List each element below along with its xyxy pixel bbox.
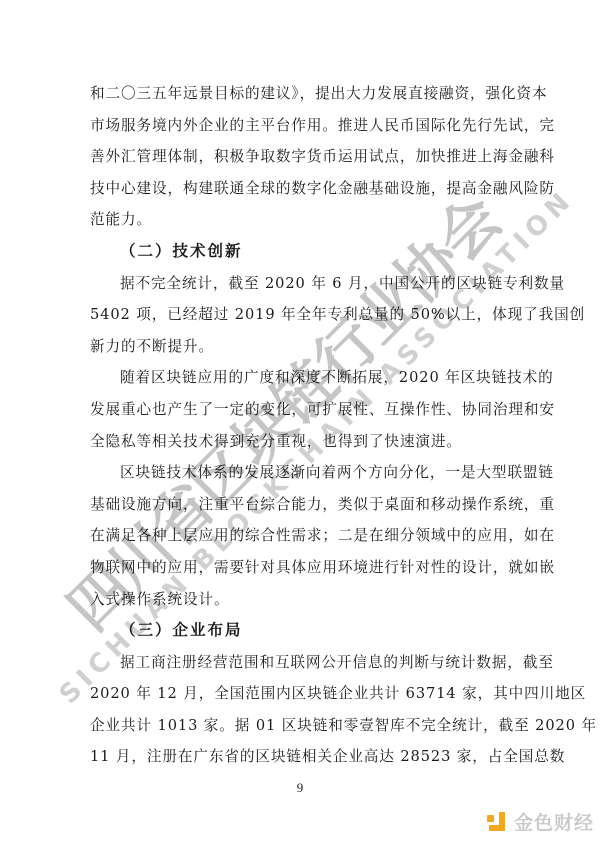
text-line: 据工商注册经营范围和互联网公开信息的判断与统计数据，截至 [90, 647, 508, 679]
text-line: 新力的不断提升。 [90, 331, 508, 363]
text-line: 技中心建设，构建联通全球的数字化金融基础设施，提高金融风险防 [90, 173, 508, 205]
text-line: 和二〇三五年远景目标的建议》，提出大力发展直接融资，强化资本 [90, 78, 508, 110]
text-line: 物联网中的应用，需要针对具体应用环境进行针对性的设计，就如嵌 [90, 552, 508, 584]
section-heading-tech-innovation: （二）技术创新 [90, 236, 508, 268]
text-line: 5402 项，已经超过 2019 年全年专利总量的 50%以上，体现了我国创 [90, 299, 508, 331]
paragraph-tech-focus: 随着区块链应用的广度和深度不断拓展，2020 年区块链技术的 发展重心也产生了一… [90, 362, 508, 457]
text-line: 2020 年 12 月，全国范围内区块链企业共计 63714 家，其中四川地区 [90, 678, 508, 710]
text-line: 企业共计 1013 家。据 01 区块链和零壹智库不完全统计，截至 2020 年 [90, 710, 508, 742]
section-heading-enterprise-layout: （三）企业布局 [90, 615, 508, 647]
text-line: 发展重心也产生了一定的变化，可扩展性、互操作性、协同治理和安 [90, 394, 508, 426]
brand-name: 金色财经 [514, 808, 594, 835]
text-line: 范能力。 [90, 204, 508, 236]
document-body: 和二〇三五年远景目标的建议》，提出大力发展直接融资，强化资本 市场服务境内外企业… [90, 78, 508, 773]
text-line: 在满足各种上层应用的综合性需求；二是在细分领域中的应用，如在 [90, 520, 508, 552]
paragraph-patents: 据不完全统计，截至 2020 年 6 月，中国公开的区块链专利数量 5402 项… [90, 268, 508, 363]
paragraph-enterprise-stats: 据工商注册经营范围和互联网公开信息的判断与统计数据，截至 2020 年 12 月… [90, 647, 508, 773]
document-page: 四川省区块链行业协会 SICHUAN BLOCKCHAIN ASSOCIATIO… [0, 0, 600, 849]
text-line: 区块链技术体系的发展逐渐向着两个方向分化，一是大型联盟链 [90, 457, 508, 489]
text-line: 11 月，注册在广东省的区块链相关企业高达 28523 家，占全国总数 [90, 741, 508, 773]
page-number: 9 [293, 780, 307, 796]
text-line: 善外汇管理体制，积极争取数字货币运用试点，加快推进上海金融科 [90, 141, 508, 173]
text-line: 入式操作系统设计。 [90, 584, 508, 616]
brand-watermark: 金色财经 [486, 808, 594, 835]
text-line: 基础设施方向，注重平台综合能力，类似于桌面和移动操作系统，重 [90, 489, 508, 521]
text-line: 据不完全统计，截至 2020 年 6 月，中国公开的区块链专利数量 [90, 268, 508, 300]
intro-paragraph: 和二〇三五年远景目标的建议》，提出大力发展直接融资，强化资本 市场服务境内外企业… [90, 78, 508, 236]
jinse-logo-icon [486, 812, 508, 832]
text-line: 市场服务境内外企业的主平台作用。推进人民币国际化先行先试，完 [90, 110, 508, 142]
text-line: 全隐私等相关技术得到充分重视，也得到了快速演进。 [90, 426, 508, 458]
text-line: 随着区块链应用的广度和深度不断拓展，2020 年区块链技术的 [90, 362, 508, 394]
paragraph-tech-system: 区块链技术体系的发展逐渐向着两个方向分化，一是大型联盟链 基础设施方向，注重平台… [90, 457, 508, 615]
